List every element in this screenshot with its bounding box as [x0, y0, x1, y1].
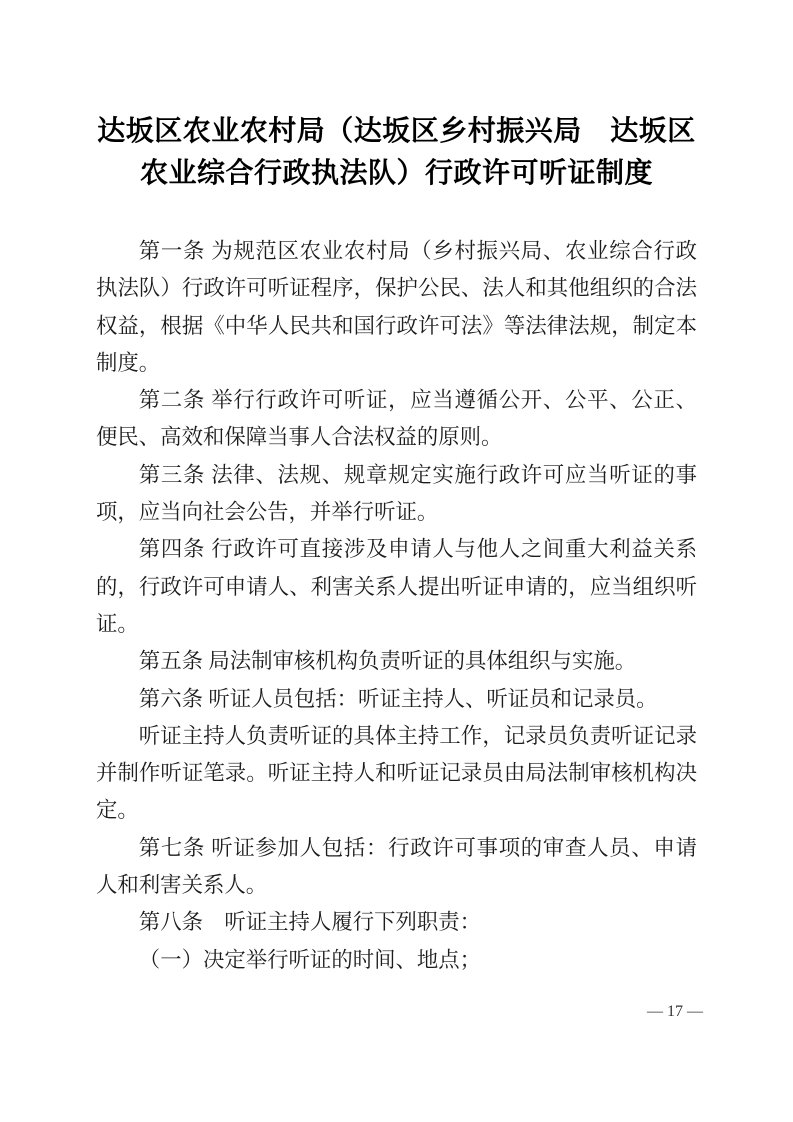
document-title-line-2: 农业综合行政执法队）行政许可听证制度: [96, 153, 697, 195]
paragraph-article-7: 第七条 听证参加人包括：行政许可事项的审查人员、申请人和利害关系人。: [96, 830, 697, 905]
document-body: 第一条 为规范区农业农村局（乡村振兴局、农业综合行政执法队）行政许可听证程序，保…: [96, 233, 697, 979]
page-number: — 17 —: [647, 1003, 703, 1021]
paragraph-article-8: 第八条 听证主持人履行下列职责：: [96, 904, 697, 941]
paragraph-article-8-item-1: （一）决定举行听证的时间、地点；: [96, 942, 697, 979]
paragraph-article-2: 第二条 举行行政许可听证，应当遵循公开、公平、公正、便民、高效和保障当事人合法权…: [96, 382, 697, 457]
document-title-line-1: 达坂区农业农村局（达坂区乡村振兴局 达坂区: [96, 111, 697, 153]
paragraph-article-3: 第三条 法律、法规、规章规定实施行政许可应当听证的事项，应当向社会公告，并举行听…: [96, 457, 697, 532]
paragraph-article-1: 第一条 为规范区农业农村局（乡村振兴局、农业综合行政执法队）行政许可听证程序，保…: [96, 233, 697, 382]
paragraph-article-5: 第五条 局法制审核机构负责听证的具体组织与实施。: [96, 643, 697, 680]
paragraph-article-6: 第六条 听证人员包括：听证主持人、听证员和记录员。: [96, 681, 697, 718]
paragraph-article-6-continuation: 听证主持人负责听证的具体主持工作，记录员负责听证记录并制作听证笔录。听证主持人和…: [96, 718, 697, 830]
document-page: 达坂区农业农村局（达坂区乡村振兴局 达坂区 农业综合行政执法队）行政许可听证制度…: [0, 0, 793, 1122]
document-title: 达坂区农业农村局（达坂区乡村振兴局 达坂区 农业综合行政执法队）行政许可听证制度: [96, 0, 697, 195]
paragraph-article-4: 第四条 行政许可直接涉及申请人与他人之间重大利益关系的，行政许可申请人、利害关系…: [96, 531, 697, 643]
